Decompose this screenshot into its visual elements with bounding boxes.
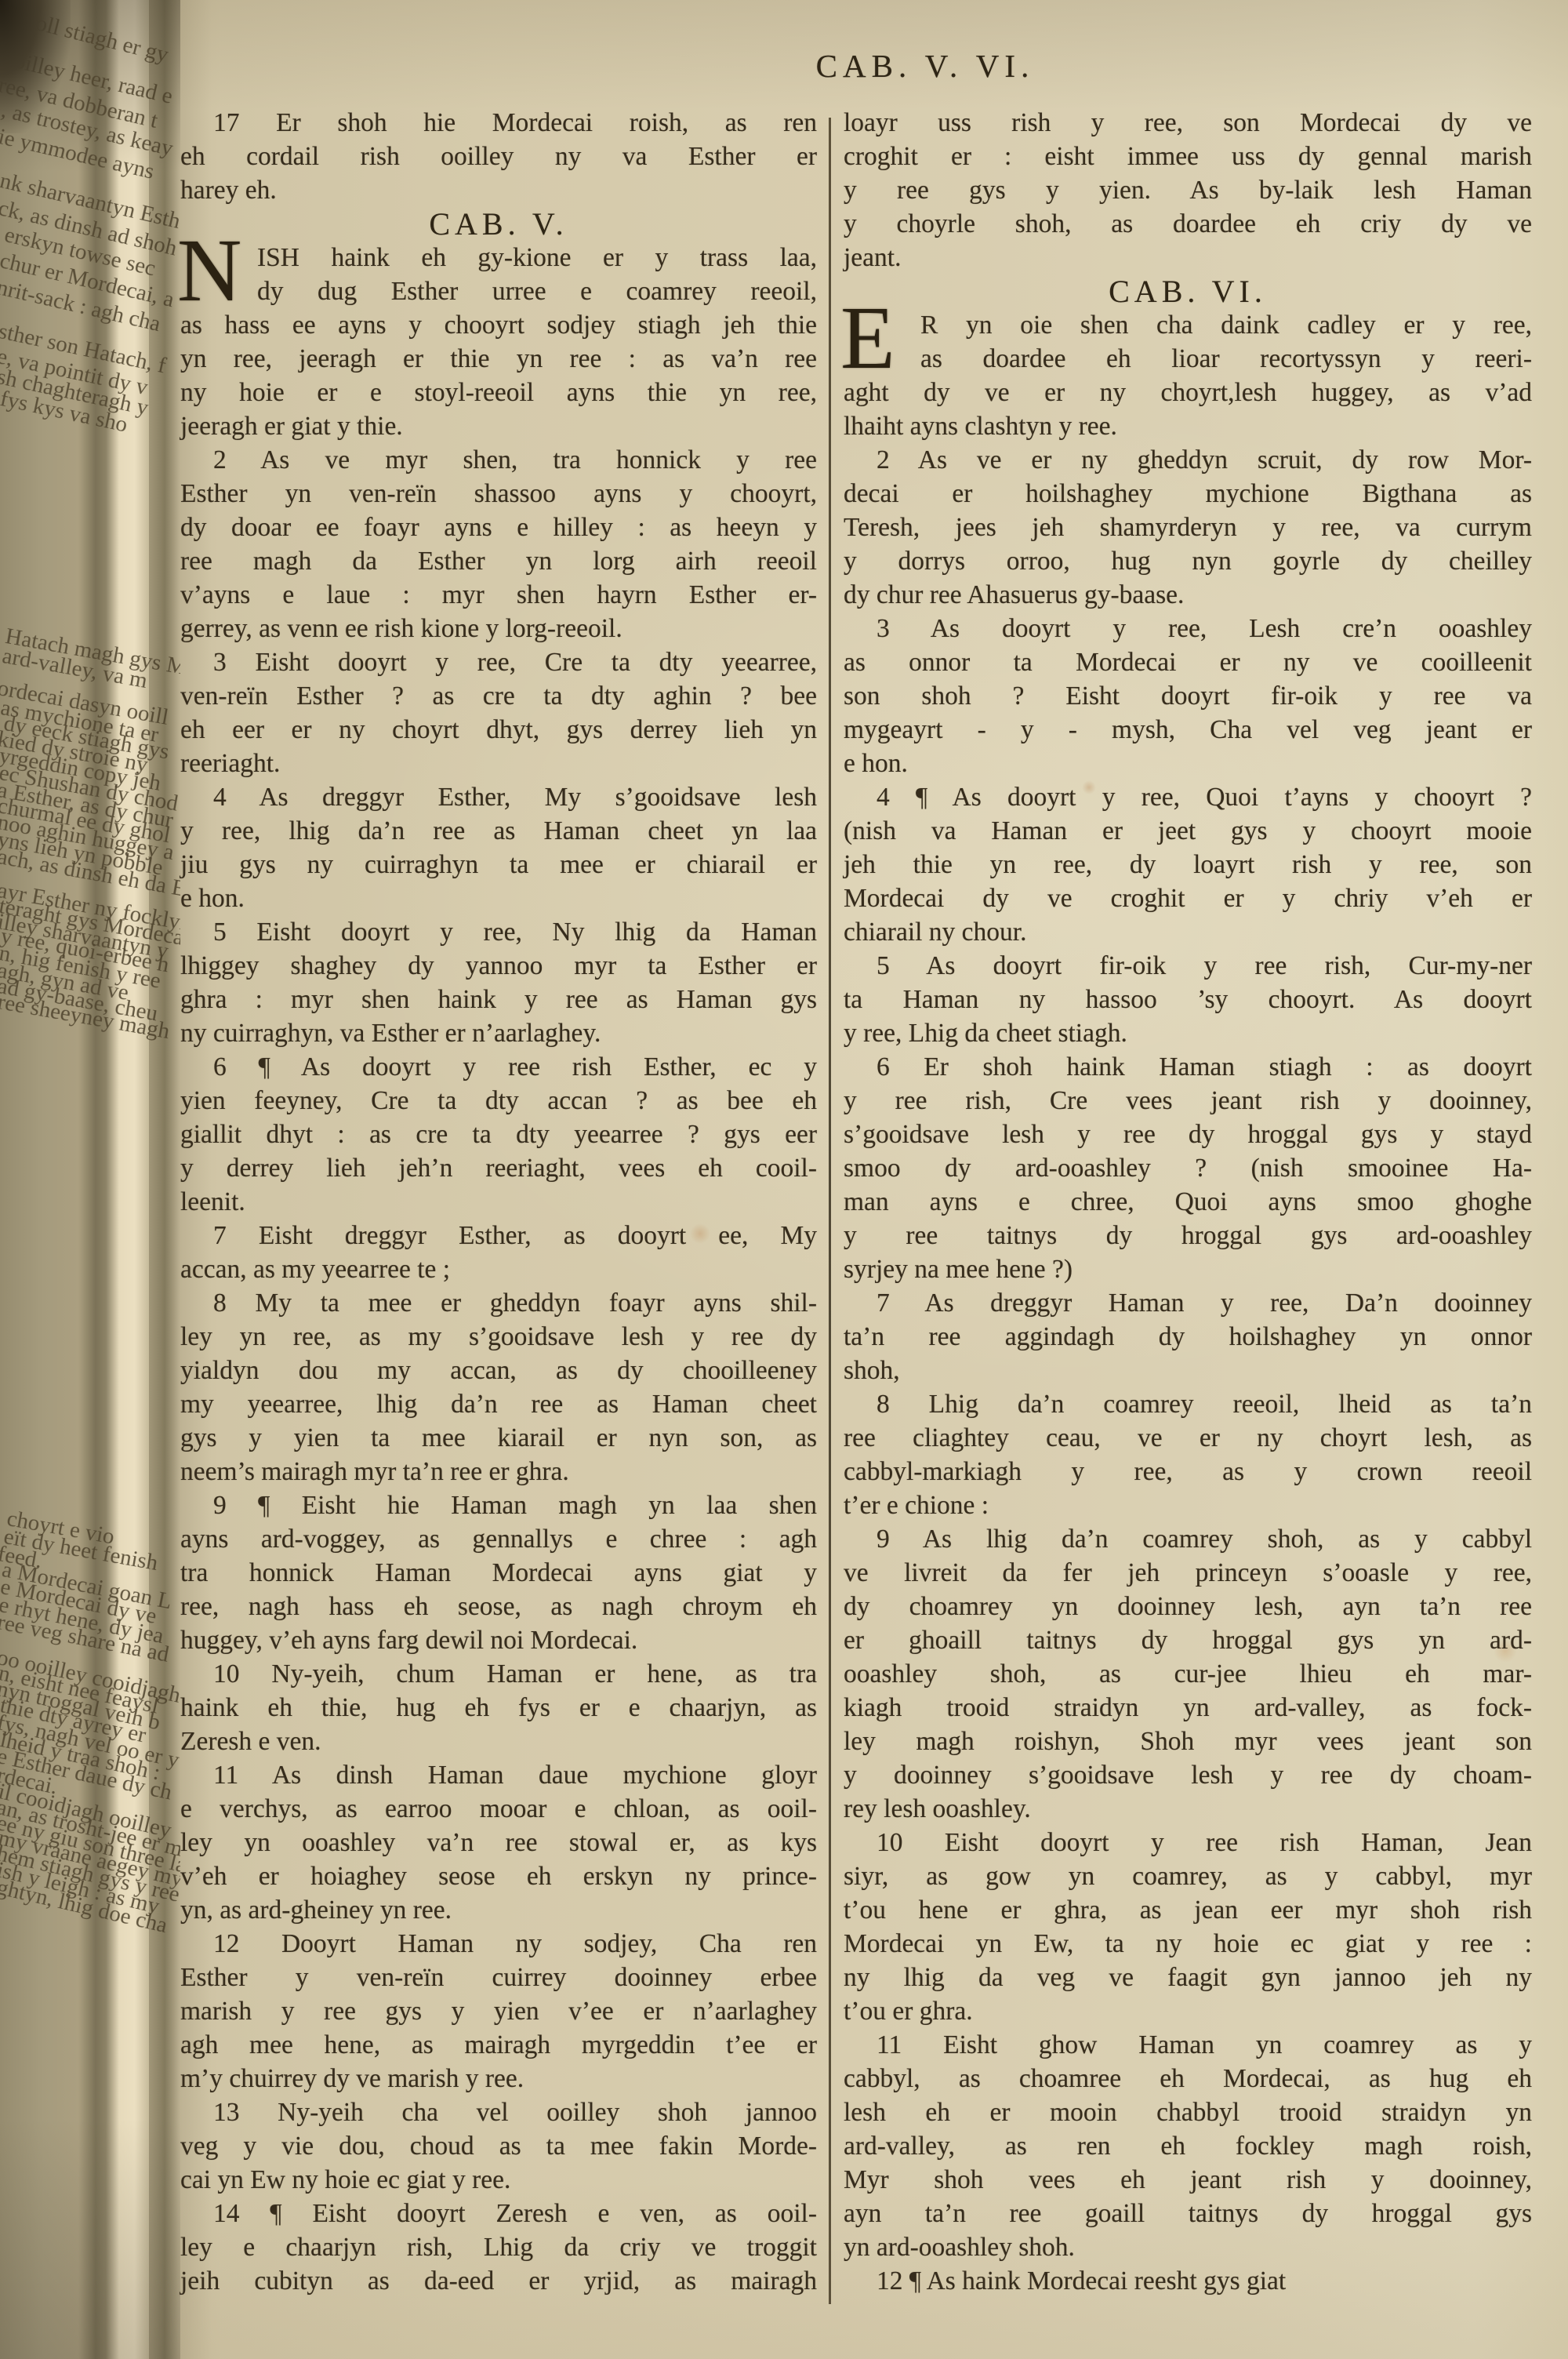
- text-line: ooashley shoh, as cur-jee lhieu eh mar-: [844, 1657, 1532, 1691]
- text-line: 2 As ve er ny gheddyn scruit, dy row Mor…: [844, 443, 1532, 477]
- text-line: decai er hoilshaghey mychione Bigthana a…: [844, 477, 1532, 511]
- text-line: 6 ¶ As dooyrt y ree rish Esther, ec y: [180, 1050, 817, 1084]
- text-line: tra honnick Haman Mordecai ayns giat y: [180, 1556, 817, 1590]
- text-line: 8 My ta mee er gheddyn foayr ayns shil-: [180, 1286, 817, 1320]
- text-line: syrjey na mee hene ?): [844, 1252, 1532, 1286]
- text-line: as hass ee ayns y chooyrt sodjey stiagh …: [180, 308, 817, 342]
- text-line: yialdyn dou my accan, as dy chooilleeney: [180, 1354, 817, 1387]
- text-line: shoh,: [844, 1354, 1532, 1387]
- text-line: ree, nagh hass eh seose, as nagh chroym …: [180, 1590, 817, 1623]
- text-line: reeriaght.: [180, 747, 817, 780]
- text-line: as doardee eh lioar recortyssyn y reeri-: [844, 342, 1532, 376]
- text-line: giallit dhyt : as cre ta dty yeearree ? …: [180, 1118, 817, 1151]
- text-line: Mordecai dy ve croghit er y chriy v’eh e…: [844, 881, 1532, 915]
- text-line: lesh eh er mooin chabbyl trooid straidyn…: [844, 2095, 1532, 2129]
- text-line: 17 Er shoh hie Mordecai roish, as ren: [180, 106, 817, 140]
- text-line: jeeragh er giat y thie.: [180, 409, 817, 443]
- text-line: y ree, Lhig da cheet stiagh.: [844, 1016, 1532, 1050]
- text-line: veg y vie dou, choud as ta mee fakin Mor…: [180, 2129, 817, 2163]
- text-line: m’y chuirrey dy ve marish y ree.: [180, 2062, 817, 2095]
- text-line: jeh thie yn ree, dy loayrt rish y ree, s…: [844, 848, 1532, 881]
- text-line: loayr uss rish y ree, son Mordecai dy ve: [844, 106, 1532, 140]
- text-line: lhaiht ayns clashtyn y ree.: [844, 409, 1532, 443]
- text-line: my yeearree, lhig da’n ree as Haman chee…: [180, 1387, 817, 1421]
- text-line: Myr shoh vees eh jeant rish y dooinney,: [844, 2163, 1532, 2197]
- text-line: ve livreit da fer jeh princeyn s’ooasle …: [844, 1556, 1532, 1590]
- text-line: e verchys, as earroo mooar e chloan, as …: [180, 1792, 817, 1826]
- text-line: e hon.: [844, 747, 1532, 780]
- drop-cap: N: [177, 238, 241, 304]
- text-line: croghit er : eisht immee uss dy gennal m…: [844, 140, 1532, 173]
- text-line: (nish va Haman er jeet gys y chooyrt moo…: [844, 814, 1532, 848]
- text-line: aght dy ve er ny choyrt,lesh huggey, as …: [844, 376, 1532, 409]
- page-scan: { "header": { "title": "CAB. V. VI." }, …: [0, 0, 1568, 2359]
- text-line: 13 Ny-yeih cha vel ooilley shoh jannoo: [180, 2095, 817, 2129]
- text-line: y choyrle shoh, as doardee eh criy dy ve: [844, 207, 1532, 241]
- text-line: 4 As dreggyr Esther, My s’gooidsave lesh: [180, 780, 817, 814]
- text-line: 11 As dinsh Haman daue mychione gloyr: [180, 1758, 817, 1792]
- text-line: ta’n ree aggindagh dy hoilshaghey yn onn…: [844, 1320, 1532, 1354]
- text-line: ley yn ree, as my s’gooidsave lesh y ree…: [180, 1320, 817, 1354]
- text-line: ard-valley, as ren eh fockley magh roish…: [844, 2129, 1532, 2163]
- text-line: 9 As lhig da’n coamrey shoh, as y cabbyl: [844, 1522, 1532, 1556]
- text-line: 10 Ny-yeih, chum Haman er hene, as tra: [180, 1657, 817, 1691]
- text-line: 8 Lhig da’n coamrey reeoil, lheid as ta’…: [844, 1387, 1532, 1421]
- text-line: chiarail ny chour.: [844, 915, 1532, 949]
- text-line: as onnor ta Mordecai er ny ve cooilleeni…: [844, 645, 1532, 679]
- text-line: t’er e chione :: [844, 1488, 1532, 1522]
- text-line: ven-reïn Esther ? as cre ta dty aghin ? …: [180, 679, 817, 713]
- text-line: er ghoaill taitnys dy hroggal gys yn ard…: [844, 1623, 1532, 1657]
- text-line: Esther yn ven-reïn shassoo ayns y chooyr…: [180, 477, 817, 511]
- text-line: eh cordail rish ooilley ny va Esther er: [180, 140, 817, 173]
- text-line: neem’s mairagh myr ta’n ree er ghra.: [180, 1455, 817, 1488]
- text-line: yn ree, jeeragh er thie yn ree : as va’n…: [180, 342, 817, 376]
- text-line: jeant.: [844, 241, 1532, 274]
- text-line: s’gooidsave lesh y ree dy hroggal gys y …: [844, 1118, 1532, 1151]
- text-line: R yn oie shen cha daink cadley er y ree,: [844, 308, 1532, 342]
- text-line: ISH haink eh gy-kione er y trass laa,: [180, 241, 817, 274]
- text-line: 12 Dooyrt Haman ny sodjey, Cha ren: [180, 1927, 817, 1961]
- text-line: y derrey lieh jeh’n reeriaght, vees eh c…: [180, 1151, 817, 1185]
- text-line: mygeayrt - y - mysh, Cha vel veg jeant e…: [844, 713, 1532, 747]
- text-line: y dooinney s’gooidsave lesh y ree dy cho…: [844, 1758, 1532, 1792]
- drop-cap: E: [840, 305, 895, 371]
- text-line: dy chur ree Ahasuerus gy-baase.: [844, 578, 1532, 612]
- text-line: lhiggey shaghey dy yannoo myr ta Esther …: [180, 949, 817, 983]
- left-column: 17 Er shoh hie Mordecai roish, as reneh …: [180, 106, 817, 2298]
- text-line: v’eh er hoiaghey seose eh erskyn ny prin…: [180, 1859, 817, 1893]
- chapter-heading: CAB. V.: [180, 207, 817, 241]
- text-line: gerrey, as venn ee rish kione y lorg-ree…: [180, 612, 817, 645]
- text-line: harey eh.: [180, 173, 817, 207]
- right-column: loayr uss rish y ree, son Mordecai dy ve…: [844, 106, 1532, 2298]
- text-line: 4 ¶ As dooyrt y ree, Quoi t’ayns y chooy…: [844, 780, 1532, 814]
- column-divider: [829, 118, 831, 2304]
- text-line: 5 As dooyrt fir-oik y ree rish, Cur-my-n…: [844, 949, 1532, 983]
- text-line: 3 Eisht dooyrt y ree, Cre ta dty yeearre…: [180, 645, 817, 679]
- text-line: accan, as my yeearree te ;: [180, 1252, 817, 1286]
- text-line: gys y yien ta mee kiarail er nyn son, as: [180, 1421, 817, 1455]
- text-line: yien feeyney, Cre ta dty accan ? as bee …: [180, 1084, 817, 1118]
- text-line: smoo dy ard-ooashley ? (nish smooinee Ha…: [844, 1151, 1532, 1185]
- text-line: Teresh, jees jeh shamyrderyn y ree, va c…: [844, 511, 1532, 544]
- text-line: Mordecai yn Ew, ta ny hoie ec giat y ree…: [844, 1927, 1532, 1961]
- text-line: ree magh da Esther yn lorg airh reeoil: [180, 544, 817, 578]
- text-line: yn ard-ooashley shoh.: [844, 2230, 1532, 2264]
- text-line: Esther y ven-reïn cuirrey dooinney erbee: [180, 1961, 817, 1994]
- text-line: huggey, v’eh ayns farg dewil noi Mordeca…: [180, 1623, 817, 1657]
- text-line: y ree, lhig da’n ree as Haman cheet yn l…: [180, 814, 817, 848]
- text-line: dy dooar ee foayr ayns e hilley : as hee…: [180, 511, 817, 544]
- text-line: ley yn ooashley va’n ree stowal er, as k…: [180, 1826, 817, 1859]
- text-line: ley e chaarjyn rish, Lhig da criy ve tro…: [180, 2230, 817, 2264]
- text-line: y dorrys orroo, hug nyn goyrle dy cheill…: [844, 544, 1532, 578]
- text-line: 11 Eisht ghow Haman yn coamrey as y: [844, 2028, 1532, 2062]
- text-line: leenit.: [180, 1185, 817, 1219]
- text-line: jeih cubityn as da-eed er yrjid, as mair…: [180, 2264, 817, 2298]
- text-line: e hon.: [180, 881, 817, 915]
- text-line: ny hoie er e stoyl-reeoil ayns thie yn r…: [180, 376, 817, 409]
- text-line: 10 Eisht dooyrt y ree rish Haman, Jean: [844, 1826, 1532, 1859]
- text-line: dy dug Esther urree e coamrey reeoil,: [180, 274, 817, 308]
- text-line: y ree rish, Cre vees jeant rish y dooinn…: [844, 1084, 1532, 1118]
- text-line: agh mee hene, as mairagh myrgeddin t’ee …: [180, 2028, 817, 2062]
- text-line: kiagh trooid straidyn yn ard-valley, as …: [844, 1691, 1532, 1725]
- text-line: dy choamrey yn dooinney lesh, ayn ta’n r…: [844, 1590, 1532, 1623]
- text-line: 6 Er shoh haink Haman stiagh : as dooyrt: [844, 1050, 1532, 1084]
- text-line: eh eer er ny choyrt dhyt, gys derrey lie…: [180, 713, 817, 747]
- text-line: cabbyl, as choamree eh Mordecai, as hug …: [844, 2062, 1532, 2095]
- text-line: y ree gys y yien. As by-laik lesh Haman: [844, 173, 1532, 207]
- text-line: cabbyl-markiagh y ree, as y crown reeoil: [844, 1455, 1532, 1488]
- text-line: man ayns e chree, Quoi ayns smoo ghoghe: [844, 1185, 1532, 1219]
- text-line: ley magh roishyn, Shoh myr vees jeant so…: [844, 1725, 1532, 1758]
- chapter-heading: CAB. VI.: [844, 274, 1532, 308]
- text-line: t’ou er ghra.: [844, 1994, 1532, 2028]
- text-line: ny cuirraghyn, va Esther er n’aarlaghey.: [180, 1016, 817, 1050]
- text-line: 3 As dooyrt y ree, Lesh cre’n ooashley: [844, 612, 1532, 645]
- text-line: ny lhig da veg ve faagit gyn jannoo jeh …: [844, 1961, 1532, 1994]
- text-line: son shoh ? Eisht dooyrt fir-oik y ree va: [844, 679, 1532, 713]
- gutter-shadow-corner: [0, 0, 71, 133]
- text-line: ree cliaghtey ceau, ve er ny choyrt lesh…: [844, 1421, 1532, 1455]
- text-line: marish y ree gys y yien v’ee er n’aarlag…: [180, 1994, 817, 2028]
- text-line: Zeresh e ven.: [180, 1725, 817, 1758]
- text-line: siyr, as gow yn coamrey, as y cabbyl, my…: [844, 1859, 1532, 1893]
- text-line: 14 ¶ Eisht dooyrt Zeresh e ven, as ooil-: [180, 2197, 817, 2230]
- page-header: CAB. V. VI.: [800, 47, 1051, 85]
- text-line: ayns ard-voggey, as gennallys e chree : …: [180, 1522, 817, 1556]
- text-line: haink eh thie, hug eh fys er e chaarjyn,…: [180, 1691, 817, 1725]
- text-line: 7 Eisht dreggyr Esther, as dooyrt ee, My: [180, 1219, 817, 1252]
- text-line: rey lesh ooashley.: [844, 1792, 1532, 1826]
- text-line: t’ou hene er ghra, as jean eer myr shoh …: [844, 1893, 1532, 1927]
- text-line: ayn ta’n ree goaill taitnys dy hroggal g…: [844, 2197, 1532, 2230]
- text-line: y ree taitnys dy hroggal gys ard-ooashle…: [844, 1219, 1532, 1252]
- text-line: jiu gys ny cuirraghyn ta mee er chiarail…: [180, 848, 817, 881]
- text-line: ghra : myr shen haink y ree as Haman gys: [180, 983, 817, 1016]
- text-line: 2 As ve myr shen, tra honnick y ree: [180, 443, 817, 477]
- text-line: 7 As dreggyr Haman y ree, Da’n dooinney: [844, 1286, 1532, 1320]
- text-line: cai yn Ew ny hoie ec giat y ree.: [180, 2163, 817, 2197]
- text-line: 9 ¶ Eisht hie Haman magh yn laa shen: [180, 1488, 817, 1522]
- text-line: 5 Eisht dooyrt y ree, Ny lhig da Haman: [180, 915, 817, 949]
- text-line: 12 ¶ As haink Mordecai reesht gys giat: [844, 2264, 1532, 2298]
- text-line: ta Haman ny hassoo ’sy chooyrt. As dooyr…: [844, 983, 1532, 1016]
- text-line: v’ayns e laue : myr shen hayrn Esther er…: [180, 578, 817, 612]
- text-line: yn, as ard-gheiney yn ree.: [180, 1893, 817, 1927]
